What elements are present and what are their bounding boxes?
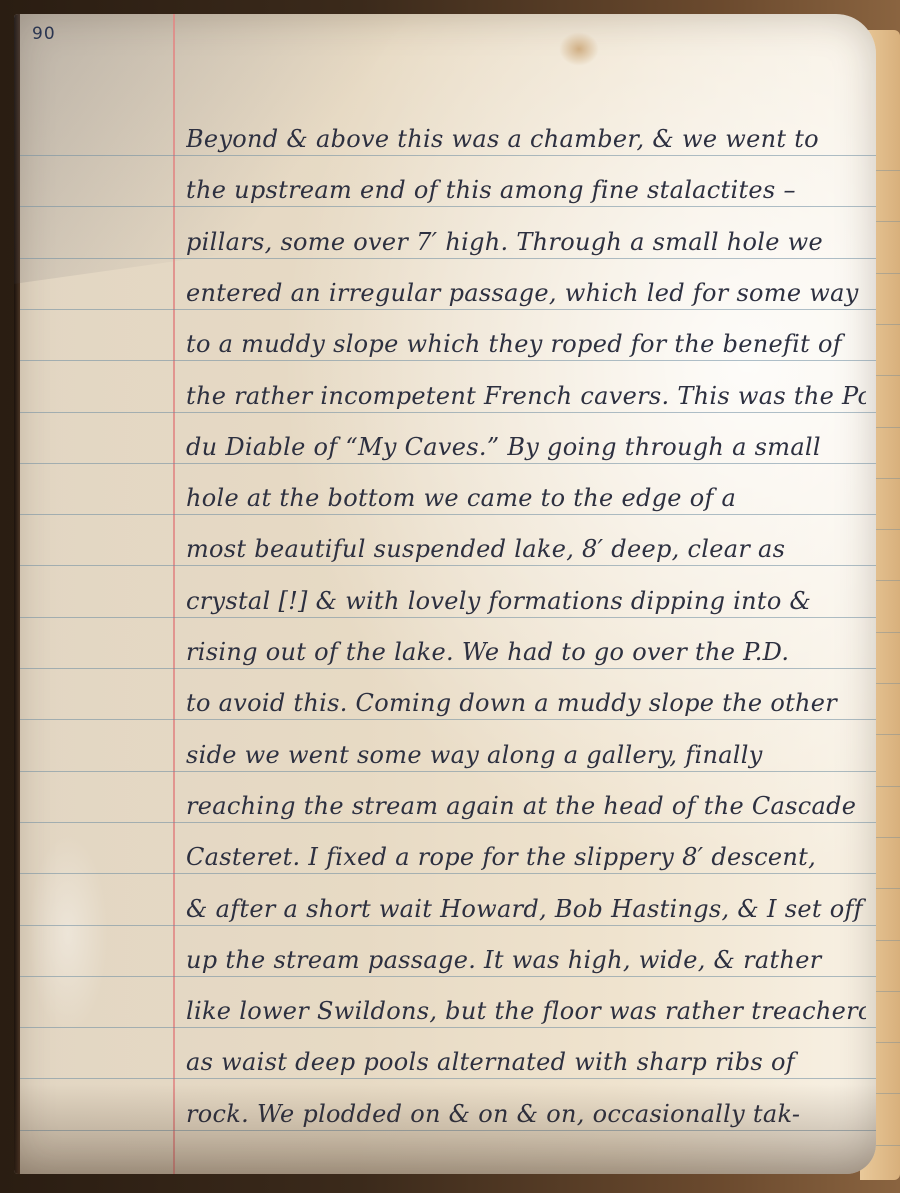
handwritten-line: pillars, some over 7′ high. Through a sm…: [186, 227, 866, 257]
rule-line: [20, 514, 876, 515]
handwritten-line: like lower Swildons, but the floor was r…: [186, 996, 866, 1026]
rule-line: [20, 258, 876, 259]
page-number: 90: [32, 24, 56, 44]
paper-wear-patch: [28, 834, 108, 1034]
rule-line: [20, 719, 876, 720]
handwritten-line: up the stream passage. It was high, wide…: [186, 945, 866, 975]
rule-line: [20, 873, 876, 874]
rule-line: [20, 976, 876, 977]
rule-line: [20, 1130, 876, 1131]
page-binding-edge: [14, 14, 20, 1174]
rule-line: [20, 771, 876, 772]
rule-line: [20, 668, 876, 669]
handwritten-line: entered an irregular passage, which led …: [186, 278, 866, 308]
handwritten-line: reaching the stream again at the head of…: [186, 791, 866, 821]
rule-line: [20, 617, 876, 618]
handwritten-line: the rather incompetent French cavers. Th…: [186, 381, 866, 411]
handwritten-line: rising out of the lake. We had to go ove…: [186, 637, 866, 667]
handwritten-line: & after a short wait Howard, Bob Hasting…: [186, 894, 866, 924]
handwritten-line: the upstream end of this among fine stal…: [186, 175, 866, 205]
rule-line: [20, 565, 876, 566]
handwritten-line: crystal [!] & with lovely formations dip…: [186, 586, 866, 616]
handwritten-line: rock. We plodded on & on & on, occasiona…: [186, 1099, 866, 1129]
rule-line: [20, 925, 876, 926]
rule-line: [20, 412, 876, 413]
rule-line: [20, 822, 876, 823]
handwritten-line: hole at the bottom we came to the edge o…: [186, 483, 866, 513]
handwritten-line: side we went some way along a gallery, f…: [186, 740, 866, 770]
handwritten-line: as waist deep pools alternated with shar…: [186, 1047, 866, 1077]
notebook-page: 90 Beyond & above this was a chamber, & …: [14, 14, 876, 1174]
handwritten-line: to a muddy slope which they roped for th…: [186, 329, 866, 359]
paper-stain: [559, 32, 599, 66]
handwritten-line: to avoid this. Coming down a muddy slope…: [186, 688, 866, 718]
handwritten-line: most beautiful suspended lake, 8′ deep, …: [186, 534, 866, 564]
rule-line: [20, 463, 876, 464]
rule-line: [20, 1078, 876, 1079]
rule-line: [20, 360, 876, 361]
handwritten-line: Beyond & above this was a chamber, & we …: [186, 124, 866, 154]
margin-line: [173, 14, 175, 1174]
rule-line: [20, 155, 876, 156]
handwritten-line: du Diable of “My Caves.” By going throug…: [186, 432, 866, 462]
rule-line: [20, 309, 876, 310]
handwritten-line: Casteret. I fixed a rope for the slipper…: [186, 842, 866, 872]
rule-line: [20, 1027, 876, 1028]
rule-line: [20, 206, 876, 207]
